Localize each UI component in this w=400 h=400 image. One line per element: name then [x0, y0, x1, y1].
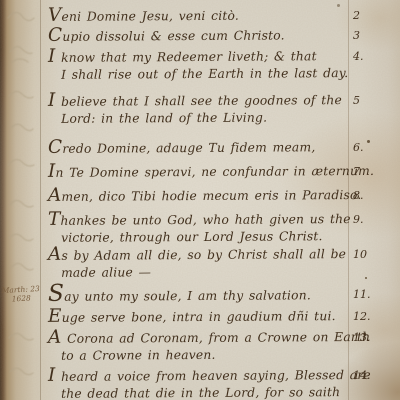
entry-number: 2 — [353, 9, 360, 22]
entry-number: 5 — [353, 94, 360, 107]
manuscript-page: Marth: 23 1628 Veni Domine Jesu, veni ci… — [0, 0, 400, 400]
entry-text-line: I know that my Redeemer liveth; & that — [48, 48, 346, 67]
entry-text-line: Lord: in the land of the Living. — [61, 109, 346, 128]
entry-text-line: I heard a voice from heaven saying, Bles… — [48, 367, 346, 386]
entry-text-line: Cupio dissolui & esse cum Christo. — [48, 27, 346, 46]
entry-text-line: I shall rise out of the Earth in the las… — [61, 65, 346, 84]
entry-text-line: to a Crowne in heaven. — [61, 346, 346, 365]
entry-number: 10 — [353, 248, 367, 261]
entry-number: 3 — [353, 29, 360, 42]
entry-text-line: In Te Domine speravi, ne confundar in æt… — [48, 163, 346, 182]
entry-number: 8. — [353, 189, 364, 202]
entry-number: 14. — [353, 369, 371, 382]
entry-text-line: Veni Domine Jesu, veni citò. — [48, 7, 346, 26]
entry-text-line: Thankes be unto God, who hath given us t… — [48, 211, 346, 230]
entry-text-line: As by Adam all die, so by Christ shall a… — [48, 246, 346, 265]
entry-text-line: Amen, dico Tibi hodie mecum eris in Para… — [48, 187, 346, 206]
entry-text-line: victorie, through our Lord Jesus Christ. — [61, 228, 346, 247]
entry-text-line: A Corona ad Coronam, from a Crowne on Ea… — [48, 329, 346, 348]
margin-note: Marth: 23 1628 — [0, 284, 42, 304]
entry-number: 11. — [353, 288, 371, 301]
entry-text-line: the dead that die in the Lord, for so sa… — [61, 384, 346, 400]
entry-text-line: made aliue — — [61, 263, 346, 282]
entry-number: 6. — [353, 141, 364, 154]
entry-number: 9. — [353, 213, 364, 226]
entry-text-line: Say unto my soule, I am thy salvation. — [48, 286, 346, 305]
entry-text-line: Euge serve bone, intra in gaudium dñi tu… — [48, 308, 346, 327]
entry-number: 13. — [353, 331, 371, 344]
entry-text-line: I believe that I shall see the goodnes o… — [48, 92, 346, 111]
entry-number: 7 — [353, 165, 360, 178]
ink-speck — [367, 140, 370, 143]
entry-number: 4. — [353, 50, 364, 63]
ink-speck — [365, 277, 367, 279]
bleed-through-marks — [0, 0, 46, 400]
entry-number: 12. — [353, 310, 371, 323]
entry-text-line: Credo Domine, adauge Tu fidem meam, — [48, 139, 346, 158]
